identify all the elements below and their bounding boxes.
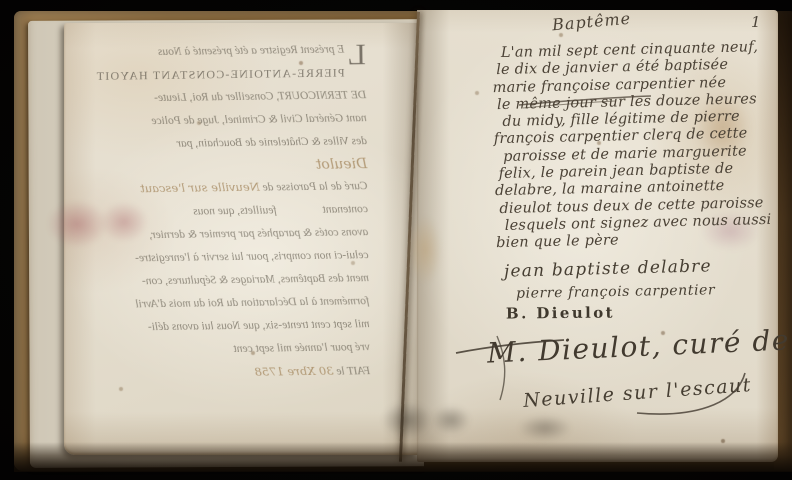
page-number: 1 [751, 13, 761, 31]
signature-dieulot-paraph: B. Dieulot [506, 304, 615, 323]
print-line: ment des Baptêmes, Mariages & Sépultures… [103, 271, 369, 289]
print-line: avons cotés & paraphés par premier & der… [102, 225, 368, 243]
fait-label: FAIT le [336, 365, 370, 377]
foxing-specks [0, 0, 2, 2]
binding-tear-patch [408, 215, 442, 285]
print-feuillets-label: feuillets, que nous [193, 204, 277, 217]
handwritten-date: 30 Xbre 1758 [254, 364, 333, 379]
print-line: vré pour l'année mil sept cent [104, 340, 370, 358]
print-line: PIERRE-ANTOINE-CONSTANT HAYOIT [100, 65, 366, 83]
print-line-fait: FAIT le 30 Xbre 1758 [104, 363, 370, 382]
print-line-text: E présent Registre a été présenté à Nous [158, 43, 345, 58]
print-line: formément à la Déclaration du Roi du moi… [103, 294, 369, 312]
print-cure-label: Curé de la Paroisse de [263, 180, 368, 193]
blank-gap [277, 213, 323, 214]
handwritten-parish: Neuville sur l'escaut [140, 180, 260, 196]
book-bottom-shadow [14, 442, 792, 472]
print-line: mil sept cent trente-six, que Nous lui a… [103, 317, 369, 335]
register-scan: LE présent Registre a été présenté à Nou… [0, 0, 792, 480]
print-line: DE TERNICOURT, Conseiller du Roi, Lieute… [100, 88, 366, 106]
handwritten-name: Dieulot [101, 157, 367, 175]
print-line: celui-ci non compris, pour lui servir à … [102, 248, 368, 266]
mirrored-print-block: LE présent Registre a été présenté à Nou… [100, 42, 371, 391]
print-line-contenant: contenantfeuillets, que nous [102, 202, 368, 220]
print-line: des Villes & Châtelenie de Bouchain, par [101, 134, 367, 152]
print-line: LE présent Registre a été présenté à Nou… [100, 42, 366, 60]
print-contenant-label: contenant [322, 203, 368, 216]
print-line: nant Général Civil & Criminel, Juge de P… [101, 111, 367, 129]
print-line-cure: Curé de la Paroisse de Neuville sur l'es… [102, 178, 368, 197]
baptism-record-text: L'an mil sept cent cinquante neuf, le di… [496, 39, 772, 253]
